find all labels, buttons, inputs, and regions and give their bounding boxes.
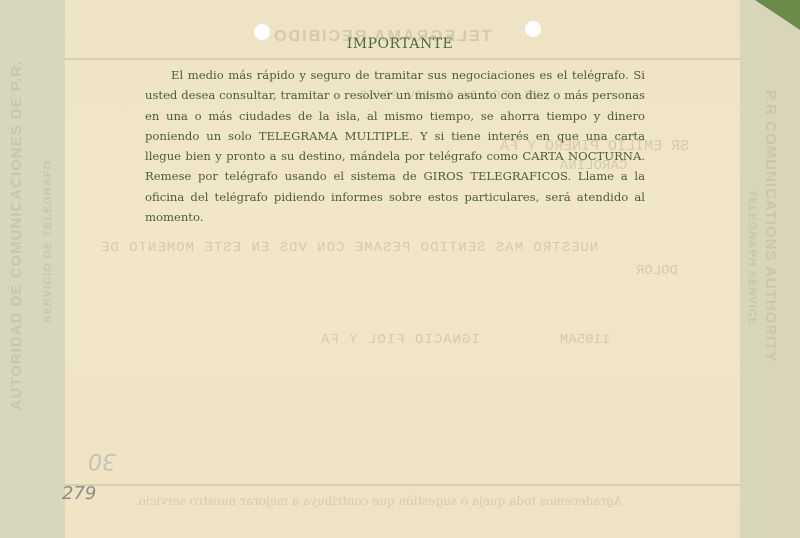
handwritten-number: 279 <box>62 483 96 504</box>
document-body: El medio más rápido y seguro de tramitar… <box>145 65 645 227</box>
left-stub-title: AUTORIDAD DE COMUNICACIONES DE P.R. <box>8 60 25 410</box>
left-stub: AUTORIDAD DE COMUNICACIONES DE P.R. SERV… <box>0 0 65 538</box>
document-title: IMPORTANTE <box>0 36 800 52</box>
bleed-time: 1105AM <box>560 332 610 348</box>
bleed-message-2: DOLOR <box>636 263 678 279</box>
handwritten-mark: 30 <box>88 448 116 473</box>
left-stub-subtitle: SERVICIO DE TELEGRAFO <box>42 160 54 323</box>
bleed-footer: Agradecemos toda queja o sugestión que c… <box>135 494 622 508</box>
green-corner-tab <box>755 0 800 30</box>
bottom-rule <box>65 484 740 486</box>
body-paragraph: El medio más rápido y seguro de tramitar… <box>145 65 645 227</box>
bleed-signature: IGNACIO FIOL Y FA <box>320 332 480 348</box>
punch-hole-right <box>525 21 541 37</box>
right-stub-subtitle: TELEGRAPH SERVICE <box>746 190 758 326</box>
right-stub-title: P.R COMUNICATIONS AUTHORITY <box>762 90 779 363</box>
bleed-message-1: NUESTRO MAS SENTIDO PESAME CON VDS EN ES… <box>100 240 598 256</box>
top-rule <box>65 58 740 60</box>
right-stub: P.R COMUNICATIONS AUTHORITY TELEGRAPH SE… <box>740 0 800 538</box>
